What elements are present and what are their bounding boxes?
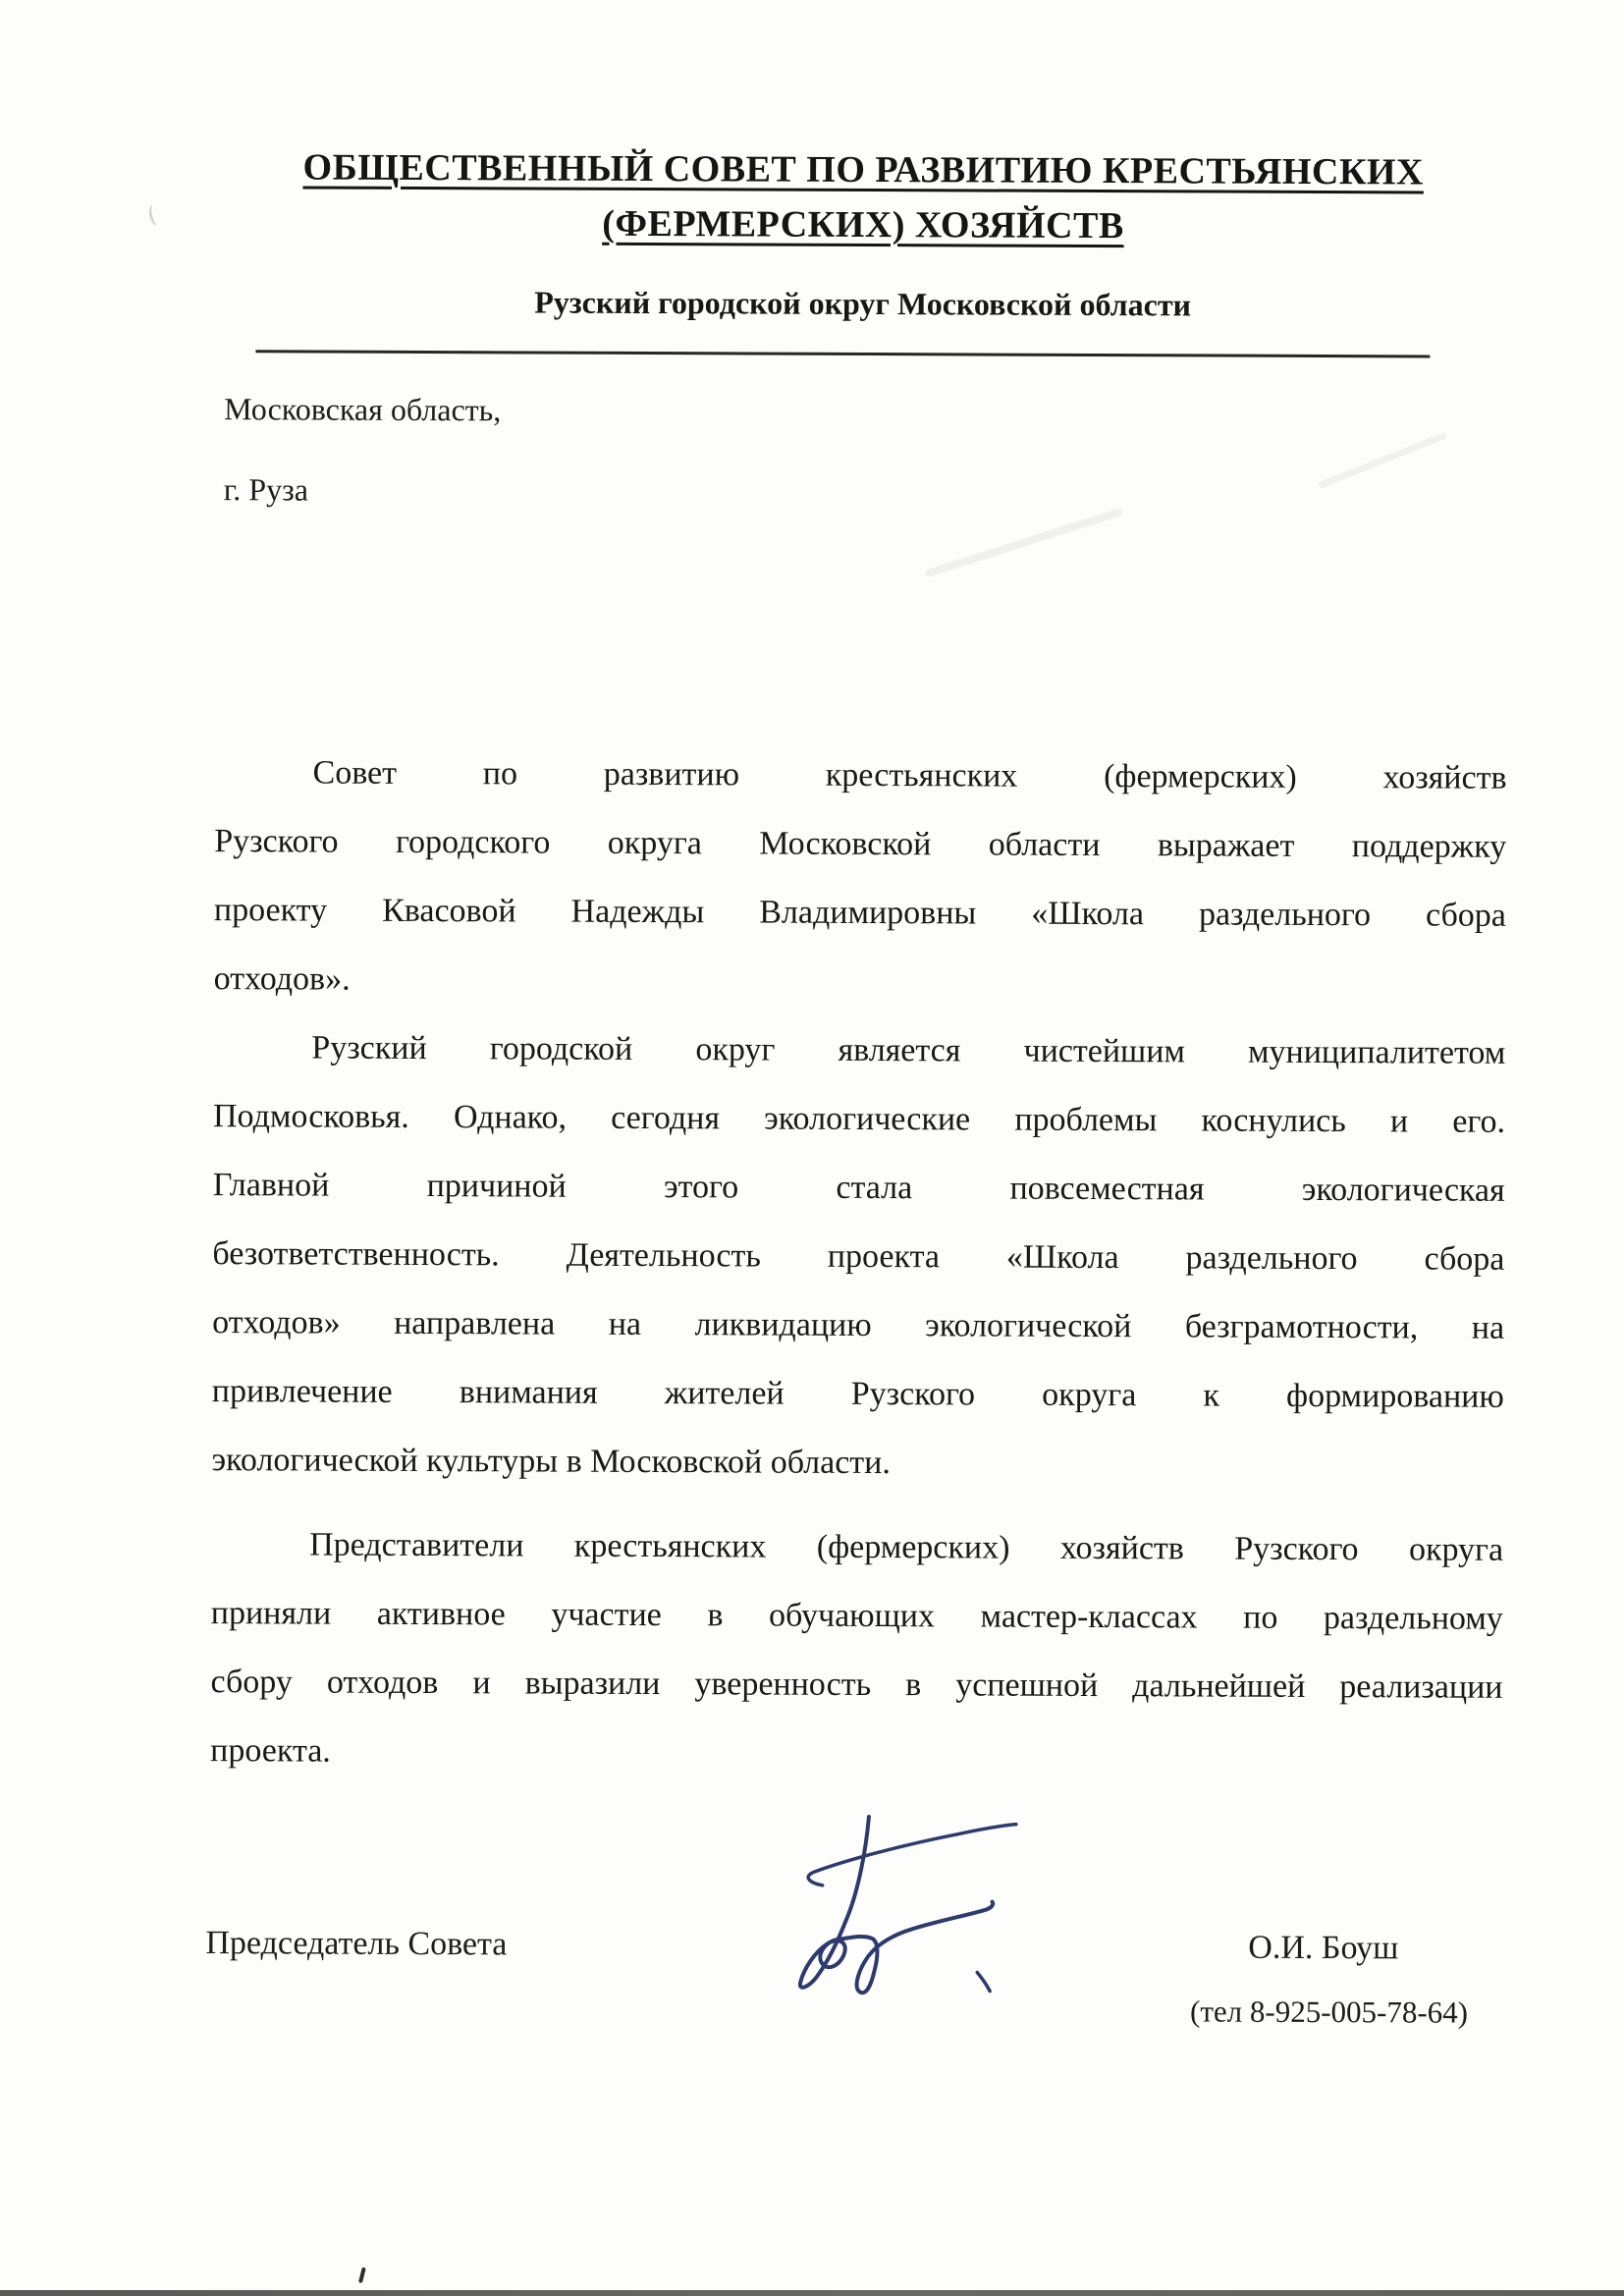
letter-body: Совет по развитию крестьянских (фермерск… (210, 738, 1507, 1791)
body-line: безответственность. Деятельность проекта… (212, 1220, 1504, 1294)
pen-mark (358, 2268, 366, 2283)
scanned-letter-page: ОБЩЕСТВЕННЫЙ СОВЕТ ПО РАЗВИТИЮ КРЕСТЬЯНС… (0, 0, 1624, 2296)
body-line: сбору отходов и выразили уверенность в у… (210, 1648, 1502, 1722)
body-line: отходов». (213, 945, 1505, 1019)
signature-ink (800, 1817, 1016, 1994)
body-line: экологической культуры в Московской обла… (211, 1426, 1503, 1501)
body-line: Представители крестьянских (фермерских) … (211, 1510, 1503, 1585)
letterhead-subtitle: Рузский городской округ Московской облас… (217, 281, 1509, 326)
letterhead-title: ОБЩЕСТВЕННЫЙ СОВЕТ ПО РАЗВИТИЮ КРЕСТЬЯНС… (217, 139, 1509, 255)
signature-position-label: Председатель Совета (205, 1925, 507, 1963)
letterhead-title-line2: (ФЕРМЕРСКИХ) ХОЗЯЙСТВ (217, 194, 1509, 255)
body-paragraph: Рузский городской округ является чистейш… (211, 1013, 1505, 1501)
location-city: г. Руза (224, 469, 308, 509)
body-line: Главной причиной этого стала повсеместна… (213, 1151, 1505, 1226)
body-line: Подмосковья. Однако, сегодня экологическ… (213, 1082, 1505, 1157)
letter-sheet: ОБЩЕСТВЕННЫЙ СОВЕТ ПО РАЗВИТИЮ КРЕСТЬЯНС… (0, 0, 1624, 2296)
location-region: Московская область, (224, 389, 501, 429)
body-line: приняли активное участие в обучающих мас… (211, 1579, 1503, 1654)
letterhead-title-line1: ОБЩЕСТВЕННЫЙ СОВЕТ ПО РАЗВИТИЮ КРЕСТЬЯНС… (217, 139, 1509, 200)
body-line: отходов» направлена на ликвидацию эколог… (212, 1288, 1504, 1363)
signature-phone: (тел 8-925-005-78-64) (1190, 1994, 1468, 2030)
scan-smudge (924, 508, 1122, 578)
scanner-edge-shadow (0, 2290, 1624, 2296)
body-line: привлечение внимания жителей Рузского ок… (212, 1357, 1504, 1432)
body-line: проекту Квасовой Надежды Владимировны «Ш… (214, 876, 1506, 951)
letterhead-divider-line (255, 350, 1430, 357)
body-line: проекта. (210, 1717, 1502, 1791)
handwritten-signature (777, 1795, 1033, 2022)
body-paragraph: Представители крестьянских (фермерских) … (210, 1510, 1503, 1791)
body-line: Рузский городской округ является чистейш… (213, 1013, 1505, 1088)
body-line: Совет по развитию крестьянских (фермерск… (214, 738, 1506, 813)
scan-smudge (147, 203, 165, 227)
body-paragraph: Совет по развитию крестьянских (фермерск… (213, 738, 1506, 1019)
signature-name: О.И. Боуш (1248, 1930, 1398, 1968)
scan-smudge (1318, 432, 1448, 489)
body-line: Рузского городского округа Московской об… (214, 807, 1506, 882)
